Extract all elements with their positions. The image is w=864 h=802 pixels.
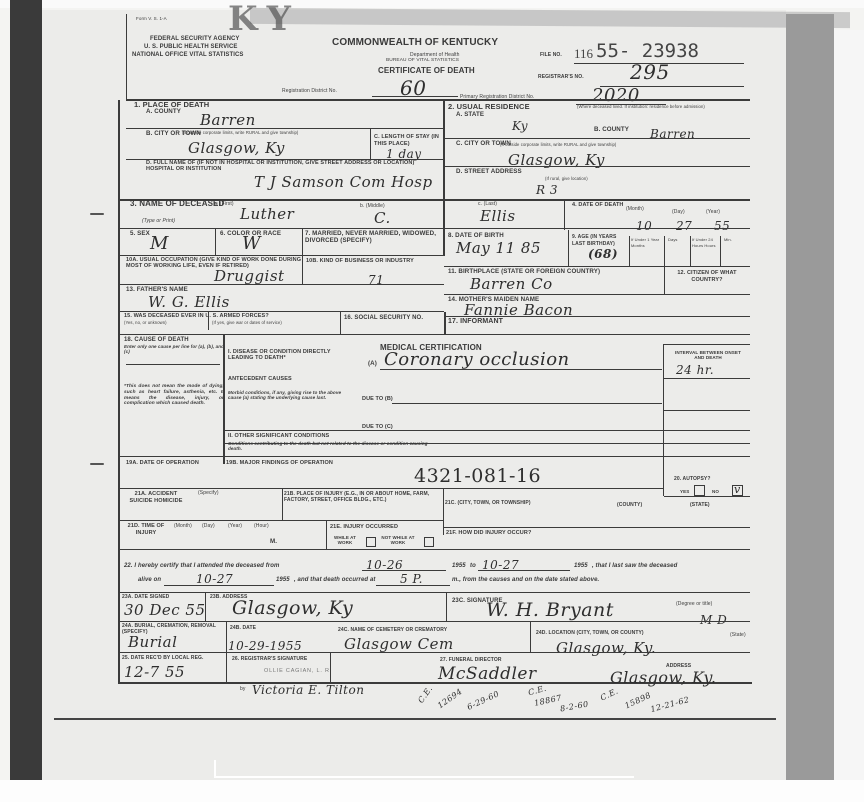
scan-edge-right <box>834 30 864 802</box>
state-label: a. STATE <box>456 111 484 118</box>
sex-value: M <box>150 236 169 252</box>
rule <box>118 621 750 622</box>
registrar-typed-name: OLLIE CAGIAN, L. R. <box>264 668 332 675</box>
rule <box>690 236 691 266</box>
place-of-injury-label: 21b. PLACE OF INJURY (e.g., in or about … <box>284 491 444 503</box>
rule <box>444 527 750 528</box>
rule <box>392 403 662 404</box>
rule <box>564 200 565 230</box>
date-of-birth-value: May 11 85 <box>456 240 541 256</box>
first-name-value: Luther <box>240 206 294 222</box>
rule <box>118 592 750 593</box>
autopsy-yes-label: YES <box>680 488 689 495</box>
birthplace-label: 11. BIRTHPLACE (State or foreign country… <box>448 268 600 275</box>
rule <box>568 230 569 266</box>
rule <box>720 236 721 266</box>
residence-city-note: (If outside corporate limits, write RURA… <box>500 142 616 148</box>
rule <box>530 622 531 652</box>
rule <box>326 521 327 549</box>
rule <box>118 549 750 550</box>
certificate-number: 55- 23938 <box>596 40 699 62</box>
rule <box>444 312 446 334</box>
rule <box>663 344 664 496</box>
autopsy-yes-checkbox[interactable] <box>694 485 705 496</box>
part1-a: (a) <box>368 360 377 367</box>
cause-of-death-label: 18. CAUSE OF DEATH <box>124 337 189 344</box>
to-label: to <box>470 563 476 570</box>
type-or-print: (Type or Print) <box>142 218 175 224</box>
color-race-value: W <box>242 236 261 252</box>
address-value: Glasgow, Ky <box>232 600 353 616</box>
page-bottom-rule <box>54 718 776 720</box>
form-number: Form V. S. 1-A <box>136 16 167 22</box>
time-of-injury-label: 21d. TIME OF INJURY <box>126 523 166 536</box>
morbid-note: Morbid conditions, if any, giving rise t… <box>228 390 346 401</box>
rule <box>446 593 447 621</box>
scan-border-bottom <box>0 780 864 802</box>
antecedent-label: ANTECEDENT CAUSES <box>228 376 292 383</box>
ssn-label: 16. SOCIAL SECURITY NO. <box>344 315 440 322</box>
age-days-label: Days <box>668 237 678 243</box>
dod-year-value: 55 <box>714 218 730 234</box>
rule <box>443 200 445 256</box>
residence-state-value: Ky <box>512 118 528 134</box>
scan-shadow-right <box>786 14 834 802</box>
margin-mark <box>90 463 104 465</box>
citizen-label: 12. CITIZEN OF WHAT COUNTRY? <box>668 270 746 284</box>
age-hours-label: If Under 24 Hours Hours <box>692 237 718 249</box>
residence-county-label: b. COUNTY <box>594 126 629 133</box>
not-while-at-work-checkbox[interactable] <box>424 537 434 547</box>
state-title: COMMONWEALTH OF KENTUCKY <box>332 38 498 48</box>
rule <box>340 312 341 334</box>
usual-residence-label: 2. USUAL RESIDENCE <box>448 103 530 111</box>
rule <box>208 312 209 330</box>
physician-signature: W. H. Bryant <box>486 602 614 618</box>
time-m: m. <box>270 538 277 545</box>
rule <box>118 456 750 457</box>
date-signed-value: 30 Dec 55 <box>124 602 206 618</box>
rule <box>376 585 450 586</box>
autopsy-no-checkbox[interactable]: v <box>732 485 743 496</box>
part2-label: II. OTHER SIGNIFICANT CONDITIONS <box>228 433 329 440</box>
armed-forces-note-1: (Yes, no, or unknown) <box>124 320 167 326</box>
registrar-signature-label: 26. REGISTRAR'S SIGNATURE <box>232 656 307 663</box>
part1-label: I. DISEASE OR CONDITION DIRECTLY LEADING… <box>228 349 348 361</box>
location-label: 24d. LOCATION (City, town, or county) <box>536 630 644 637</box>
rule <box>118 334 750 335</box>
rule <box>118 520 444 521</box>
not-while-at-work-label: NOT WHILE AT WORK <box>378 535 418 545</box>
date-signed-label: 23a. DATE SIGNED <box>122 594 169 601</box>
registrars-no-label: REGISTRAR'S NO. <box>538 74 584 80</box>
rule <box>372 96 458 97</box>
age-value: (68) <box>588 246 618 262</box>
first-name-label: a. (First) <box>214 201 234 207</box>
cause-disclaimer: *This does not mean the mode of dying, s… <box>124 384 224 407</box>
interval-value: 24 hr. <box>676 362 714 378</box>
time-hour-label: (Hour) <box>254 523 269 529</box>
rule <box>380 369 662 370</box>
rule <box>118 255 444 256</box>
rule <box>118 284 444 285</box>
injury-county-label: (COUNTY) <box>617 502 642 509</box>
age-min-label: Min. <box>724 237 732 243</box>
rule <box>443 489 444 535</box>
due-to-b: DUE TO (b) <box>362 396 393 403</box>
burial-date-label: 24b. DATE <box>230 625 256 632</box>
rule <box>444 166 750 167</box>
rule <box>118 652 750 653</box>
rule <box>478 570 570 571</box>
code-value: 4321-081-16 <box>414 468 541 484</box>
operation-findings-label: 19b. MAJOR FINDINGS OF OPERATION <box>226 460 333 467</box>
degree-label: (Degree or title) <box>676 601 712 607</box>
injury-state-label: (STATE) <box>690 502 710 509</box>
rule <box>224 430 750 431</box>
informant-label: 17. INFORMANT <box>448 318 503 325</box>
dod-day-value: 27 <box>676 218 692 234</box>
injury-city-label: 21c. (CITY, TOWN, OR TOWNSHIP) <box>445 500 531 507</box>
year1-value: 1955 <box>452 563 466 570</box>
rule <box>443 100 445 200</box>
rule <box>118 488 664 489</box>
agency-line-2: U. S. PUBLIC HEALTH SERVICE <box>144 44 238 51</box>
accident-label: 21a. ACCIDENT SUICIDE HOMICIDE <box>126 491 186 504</box>
date-recd-value: 12-7 55 <box>124 664 185 680</box>
business-label: 10b. KIND OF BUSINESS OR INDUSTRY <box>306 258 440 265</box>
agency-line-1: FEDERAL SECURITY AGENCY <box>150 36 240 43</box>
dod-month-label: (Month) <box>626 206 644 212</box>
middle-name-value: C. <box>374 210 391 226</box>
rule <box>330 652 331 682</box>
dod-day-label: (Day) <box>672 209 685 215</box>
primary-cause-value: Coronary occlusion <box>384 352 570 368</box>
county-label: a. COUNTY <box>146 108 181 115</box>
residence-county-value: Barren <box>650 126 695 142</box>
frame-top <box>126 99 750 101</box>
rule <box>444 294 750 295</box>
file-no-value: 116 <box>574 46 593 62</box>
rule <box>224 443 750 444</box>
certificate-title: CERTIFICATE OF DEATH <box>378 66 475 75</box>
rule <box>302 256 303 284</box>
name-of-deceased-label: 3. NAME OF DECEASED <box>130 200 224 208</box>
scan-shadow-left <box>10 0 42 802</box>
bureau: BUREAU OF VITAL STATISTICS <box>386 58 459 64</box>
degree-value: M D <box>700 612 727 628</box>
time-month-label: (Month) <box>174 523 192 529</box>
rule <box>118 311 444 312</box>
date-of-death-label: 4. DATE OF DEATH <box>572 202 624 209</box>
rule <box>223 334 225 464</box>
sex-label: 5. SEX <box>130 230 150 237</box>
funeral-director-label: 27. FUNERAL DIRECTOR <box>440 657 502 664</box>
registrar-handwritten-signature: Victoria E. Tilton <box>252 682 364 698</box>
primary-district-value: 2020 <box>592 88 640 104</box>
birthplace-value: Barren Co <box>470 276 553 292</box>
rule <box>444 266 750 267</box>
autopsy-no-label: NO <box>712 488 719 495</box>
street-label: d. STREET ADDRESS <box>456 168 522 175</box>
father-value: W. G. Ellis <box>148 294 230 310</box>
funeral-director-value: McSaddler <box>438 666 537 682</box>
disposition-value: Burial <box>128 634 177 650</box>
rule <box>664 378 750 379</box>
occupation-value: Druggist <box>214 268 285 284</box>
cemetery-value: Glasgow Cem <box>344 636 454 652</box>
funeral-address-value: Glasgow, Ky. <box>610 670 716 686</box>
rule <box>629 236 630 266</box>
how-injury-label: 21f. HOW DID INJURY OCCUR? <box>446 530 531 537</box>
street-value: R 3 <box>536 182 558 198</box>
usual-residence-note: (Where deceased lived. If institution: r… <box>577 104 705 110</box>
rule <box>664 410 750 411</box>
rule <box>444 138 750 139</box>
cert-text-3: , and that death occurred at <box>294 577 375 584</box>
rule <box>664 496 750 497</box>
rule <box>282 489 283 521</box>
frame-left <box>118 100 120 682</box>
operation-date-label: 19a. DATE OF OPERATION <box>126 460 222 467</box>
rule <box>664 266 665 294</box>
dod-year-label: (Year) <box>706 209 720 215</box>
registration-district-value: 60 <box>400 80 426 96</box>
rule <box>370 129 371 159</box>
agency-line-3: NATIONAL OFFICE VITAL STATISTICS <box>132 52 244 59</box>
interval-label: INTERVAL BETWEEN ONSET AND DEATH <box>670 350 746 360</box>
date-recd-label: 25. DATE REC'D BY LOCAL REG. <box>122 655 204 662</box>
rule <box>118 228 750 229</box>
year3-value: 1955 <box>276 577 290 584</box>
father-label: 13. FATHER'S NAME <box>126 286 188 293</box>
injury-occurred-label: 21e. INJURY OCCURRED <box>330 524 398 531</box>
accident-note: (Specify) <box>198 490 219 496</box>
rule <box>126 128 444 129</box>
rule <box>215 228 216 256</box>
time-year-label: (Year) <box>228 523 242 529</box>
rule <box>205 593 206 621</box>
age-months-label: If Under 1 Year Months <box>631 237 663 249</box>
cemetery-label: 24c. NAME OF CEMETERY OR CREMATORY <box>338 627 447 634</box>
alive-on-label: alive on <box>138 577 161 584</box>
business-value: 71 <box>368 272 384 288</box>
cert-text-4: m., from the causes and on the date stat… <box>452 577 599 584</box>
rule <box>664 344 750 345</box>
location-value: Glasgow, Ky. <box>556 640 656 656</box>
dod-month-value: 10 <box>636 218 652 234</box>
ky-stamp: KY <box>228 2 301 36</box>
margin-mark <box>90 213 104 215</box>
registrar-by: by <box>240 686 245 692</box>
marital-status-label: 7. MARRIED, NEVER MARRIED, WIDOWED, DIVO… <box>305 230 445 244</box>
city-note: (If outside corporate limits, write RURA… <box>182 130 298 136</box>
rule <box>302 228 303 256</box>
institution-value: T J Samson Com Hosp <box>254 174 433 190</box>
scan-border-top <box>0 0 864 8</box>
cause-note: Enter only one cause per line for (a), (… <box>124 344 224 354</box>
armed-forces-note-2: (If yes, give war or dates of service) <box>212 320 282 326</box>
location-state-label: (State) <box>730 632 746 638</box>
file-no-label: FILE NO. <box>540 52 562 58</box>
last-name-value: Ellis <box>480 208 516 224</box>
date-of-birth-label: 8. DATE OF BIRTH <box>448 232 504 239</box>
cert-text-1: 22. I hereby certify that I attended the… <box>124 563 279 570</box>
year2-value: 1955 <box>574 563 588 570</box>
while-at-work-checkbox[interactable] <box>366 537 376 547</box>
rule <box>664 236 665 266</box>
cert-text-2: , that I last saw the deceased <box>592 563 677 570</box>
autopsy-label: 20. AUTOPSY? <box>674 476 711 483</box>
time-day-label: (Day) <box>202 523 215 529</box>
scan-artifact <box>214 776 634 778</box>
frame-left-top <box>126 14 127 100</box>
death-county-value: Barren <box>200 112 256 128</box>
armed-forces-label: 15. WAS DECEASED EVER IN U. S. ARMED FOR… <box>124 313 269 320</box>
registration-district-label: Registration District No. <box>282 88 337 94</box>
rule <box>444 316 750 317</box>
while-at-work-label: WHILE AT WORK <box>330 535 360 545</box>
rule <box>164 585 274 586</box>
rule <box>126 364 220 365</box>
registrars-no-value: 295 <box>630 64 670 80</box>
institution-label: d. FULL NAME OF (If not in hospital or i… <box>146 160 436 172</box>
death-city-value: Glasgow, Ky <box>188 140 285 156</box>
